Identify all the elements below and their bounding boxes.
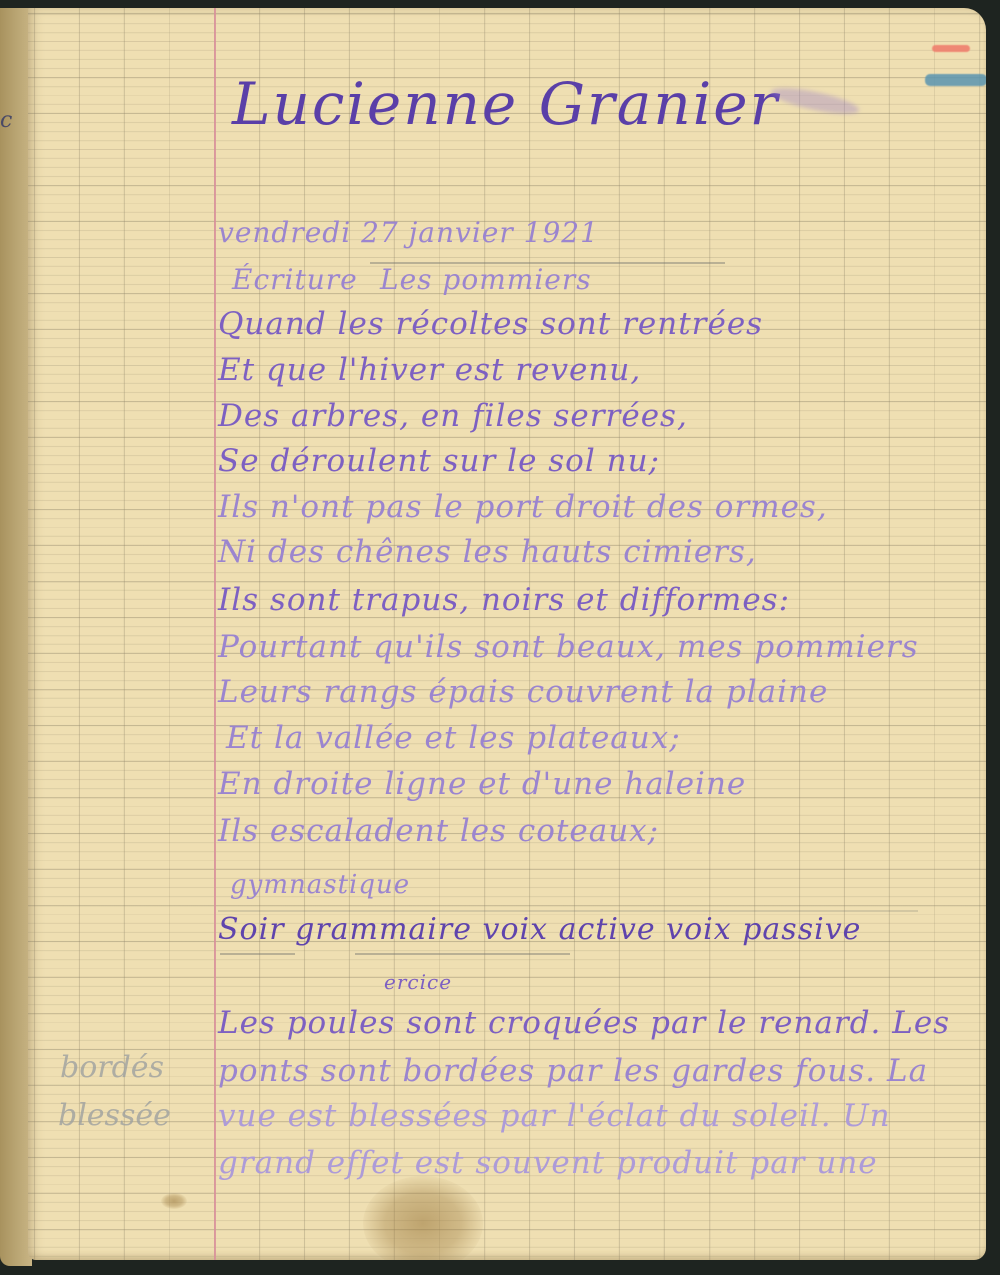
date-line: vendredi 27 janvier 1921 bbox=[218, 216, 599, 249]
exercise-line-4: grand effet est souvent produit par une bbox=[218, 1145, 878, 1181]
poem-line-5: Ils n'ont pas le port droit des ormes, bbox=[218, 489, 828, 525]
water-stain bbox=[363, 1176, 483, 1260]
margin-note-borde: bordés bbox=[60, 1050, 164, 1085]
poem-line-1: Quand les récoltes sont rentrées bbox=[218, 306, 763, 342]
poem-line-12: Ils escaladent les coteaux; bbox=[218, 813, 659, 849]
poem-title: Les pommiers bbox=[380, 263, 592, 296]
poem-line-9: Leurs rangs épais couvrent la plaine bbox=[218, 674, 828, 710]
poem-line-7: Ils sont trapus, noirs et difformes: bbox=[218, 582, 790, 618]
red-margin-line bbox=[214, 8, 216, 1260]
subject-ecriture: Écriture bbox=[232, 263, 358, 296]
cover-mark: c bbox=[0, 108, 12, 133]
poem-line-10: Et la vallée et les plateaux; bbox=[226, 720, 681, 756]
red-crayon-mark bbox=[932, 45, 970, 52]
small-stain bbox=[161, 1193, 187, 1209]
margin-note-blessee: blessée bbox=[58, 1098, 171, 1133]
exercise-label: ercice bbox=[384, 970, 452, 994]
subject-gymnastique: gymnastique bbox=[230, 870, 410, 900]
poem-line-8: Pourtant qu'ils sont beaux, mes pommiers bbox=[218, 629, 919, 665]
poem-line-4: Se déroulent sur le sol nu; bbox=[218, 443, 660, 479]
poem-line-11: En droite ligne et d'une haleine bbox=[218, 766, 746, 802]
exercise-line-2: ponts sont bordées par les gardes fous. … bbox=[218, 1053, 928, 1089]
exercise-line-1: Les poules sont croquées par le renard. … bbox=[218, 1005, 950, 1041]
blue-crayon-mark bbox=[925, 74, 986, 86]
poem-line-6: Ni des chênes les hauts cimiers, bbox=[218, 534, 757, 570]
poem-line-3: Des arbres, en files serrées, bbox=[218, 398, 688, 434]
grammar-rule-left bbox=[220, 953, 295, 955]
exercise-line-3: vue est blessées par l'éclat du soleil. … bbox=[218, 1098, 891, 1134]
grammar-rule-right bbox=[355, 953, 570, 955]
student-name: Lucienne Granier bbox=[232, 70, 779, 138]
grammar-heading: Soir grammaire voix active voix passive bbox=[218, 912, 861, 947]
poem-line-2: Et que l'hiver est revenu, bbox=[218, 352, 641, 388]
